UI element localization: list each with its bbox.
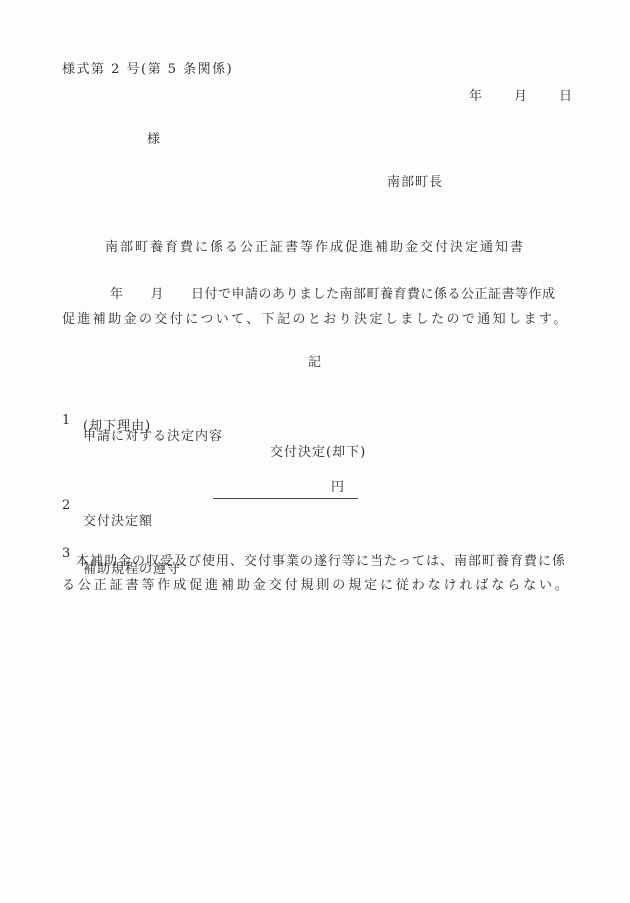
item-3-body-line-2: る公正証書等作成促進補助金交付規則の規定に従わなければならない。 (62, 578, 571, 594)
item-3-row: 3 補助規程の遵守 (0, 530, 17, 594)
item-1-row: 1 申請に対する決定内容 交付決定(却下) (0, 397, 17, 477)
grant-amount-blank-field: 円 (213, 480, 358, 499)
date-line: 年 月 日 (469, 89, 574, 105)
document-page: 様式第 2 号(第 5 条関係) 年 月 日 様 南部町長 南部町養育費に係る公… (0, 0, 630, 903)
item-2-number: 2 (62, 498, 70, 514)
item-2-label: 交付決定額 (83, 514, 153, 530)
record-marker: 記 (0, 355, 630, 371)
document-title: 南部町養育費に係る公正証書等作成促進補助金交付決定通知書 (0, 240, 630, 256)
item-1-rejection-reason-label: (却下理由) (83, 419, 151, 435)
form-number: 様式第 2 号(第 5 条関係) (62, 62, 233, 78)
body-paragraph-line-1: 年 月 日付で申請のありました南部町養育費に係る公正証書等作成 (110, 287, 556, 303)
sender-title: 南部町長 (387, 175, 443, 191)
item-1-number: 1 (62, 413, 70, 429)
addressee-suffix: 様 (147, 132, 161, 148)
body-paragraph-line-2: 促進補助金の交付について、下記のとおり決定しましたので通知します。 (62, 312, 569, 328)
item-1-value: 交付決定(却下) (270, 445, 366, 461)
item-3-body-line-1: 本補助金の収受及び使用、交付事業の遂行等に当たっては、南部町養育費に係 (62, 554, 566, 570)
